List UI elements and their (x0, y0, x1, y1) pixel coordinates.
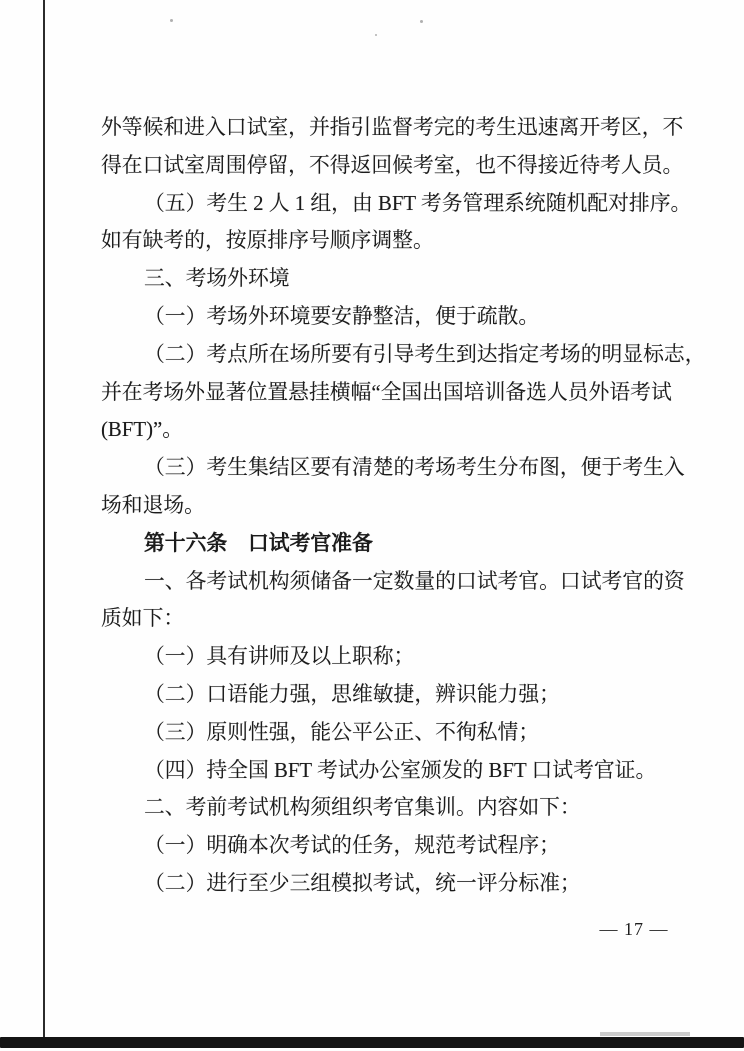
section-heading: 三、考场外环境 (101, 260, 667, 298)
scan-speck (375, 34, 377, 36)
document-body: 外等候和进入口试室，并指引监督考完的考生迅速离开考区，不 得在口试室周围停留，不… (101, 109, 667, 903)
page-number: — 17 — (596, 919, 672, 940)
text-line: 一、各考试机构须储备一定数量的口试考官。口试考官的资 (101, 563, 667, 601)
text-line: 得在口试室周围停留，不得返回候考室，也不得接近待考人员。 (101, 147, 667, 185)
scanned-document-page: 外等候和进入口试室，并指引监督考完的考生迅速离开考区，不 得在口试室周围停留，不… (0, 0, 744, 1051)
scan-edge-line (43, 0, 45, 1041)
text-line: （三）考生集结区要有清楚的考场考生分布图，便于考生入 (101, 449, 667, 487)
text-line: （二）口语能力强，思维敏捷，辨识能力强； (101, 676, 667, 714)
text-line: （三）原则性强，能公平公正、不徇私情； (101, 714, 667, 752)
scan-speck (170, 19, 173, 22)
text-line: 外等候和进入口试室，并指引监督考完的考生迅速离开考区，不 (101, 109, 667, 147)
text-line: （一）具有讲师及以上职称； (101, 638, 667, 676)
scan-speck (420, 20, 423, 23)
text-line: （五）考生 2 人 1 组，由 BFT 考务管理系统随机配对排序。 (101, 185, 667, 223)
text-line: 质如下： (101, 600, 667, 638)
text-line: (BFT)”。 (101, 411, 667, 449)
text-line: （一）考场外环境要安静整洁，便于疏散。 (101, 298, 667, 336)
text-line: 场和退场。 (101, 487, 667, 525)
text-line: （二）考点所在场所要有引导考生到达指定考场的明显标志， (101, 336, 667, 374)
text-line: （四）持全国 BFT 考试办公室颁发的 BFT 口试考官证。 (101, 752, 667, 790)
text-line: 并在考场外显著位置悬挂横幅“全国出国培训备选人员外语考试 (101, 374, 667, 412)
text-line: 如有缺考的，按原排序号顺序调整。 (101, 222, 667, 260)
article-heading: 第十六条 口试考官准备 (101, 525, 667, 563)
text-line: （一）明确本次考试的任务，规范考试程序； (101, 827, 667, 865)
text-line: （二）进行至少三组模拟考试，统一评分标准； (101, 865, 667, 903)
text-line: 二、考前考试机构须组织考官集训。内容如下： (101, 789, 667, 827)
scan-bottom-edge (0, 1037, 744, 1048)
